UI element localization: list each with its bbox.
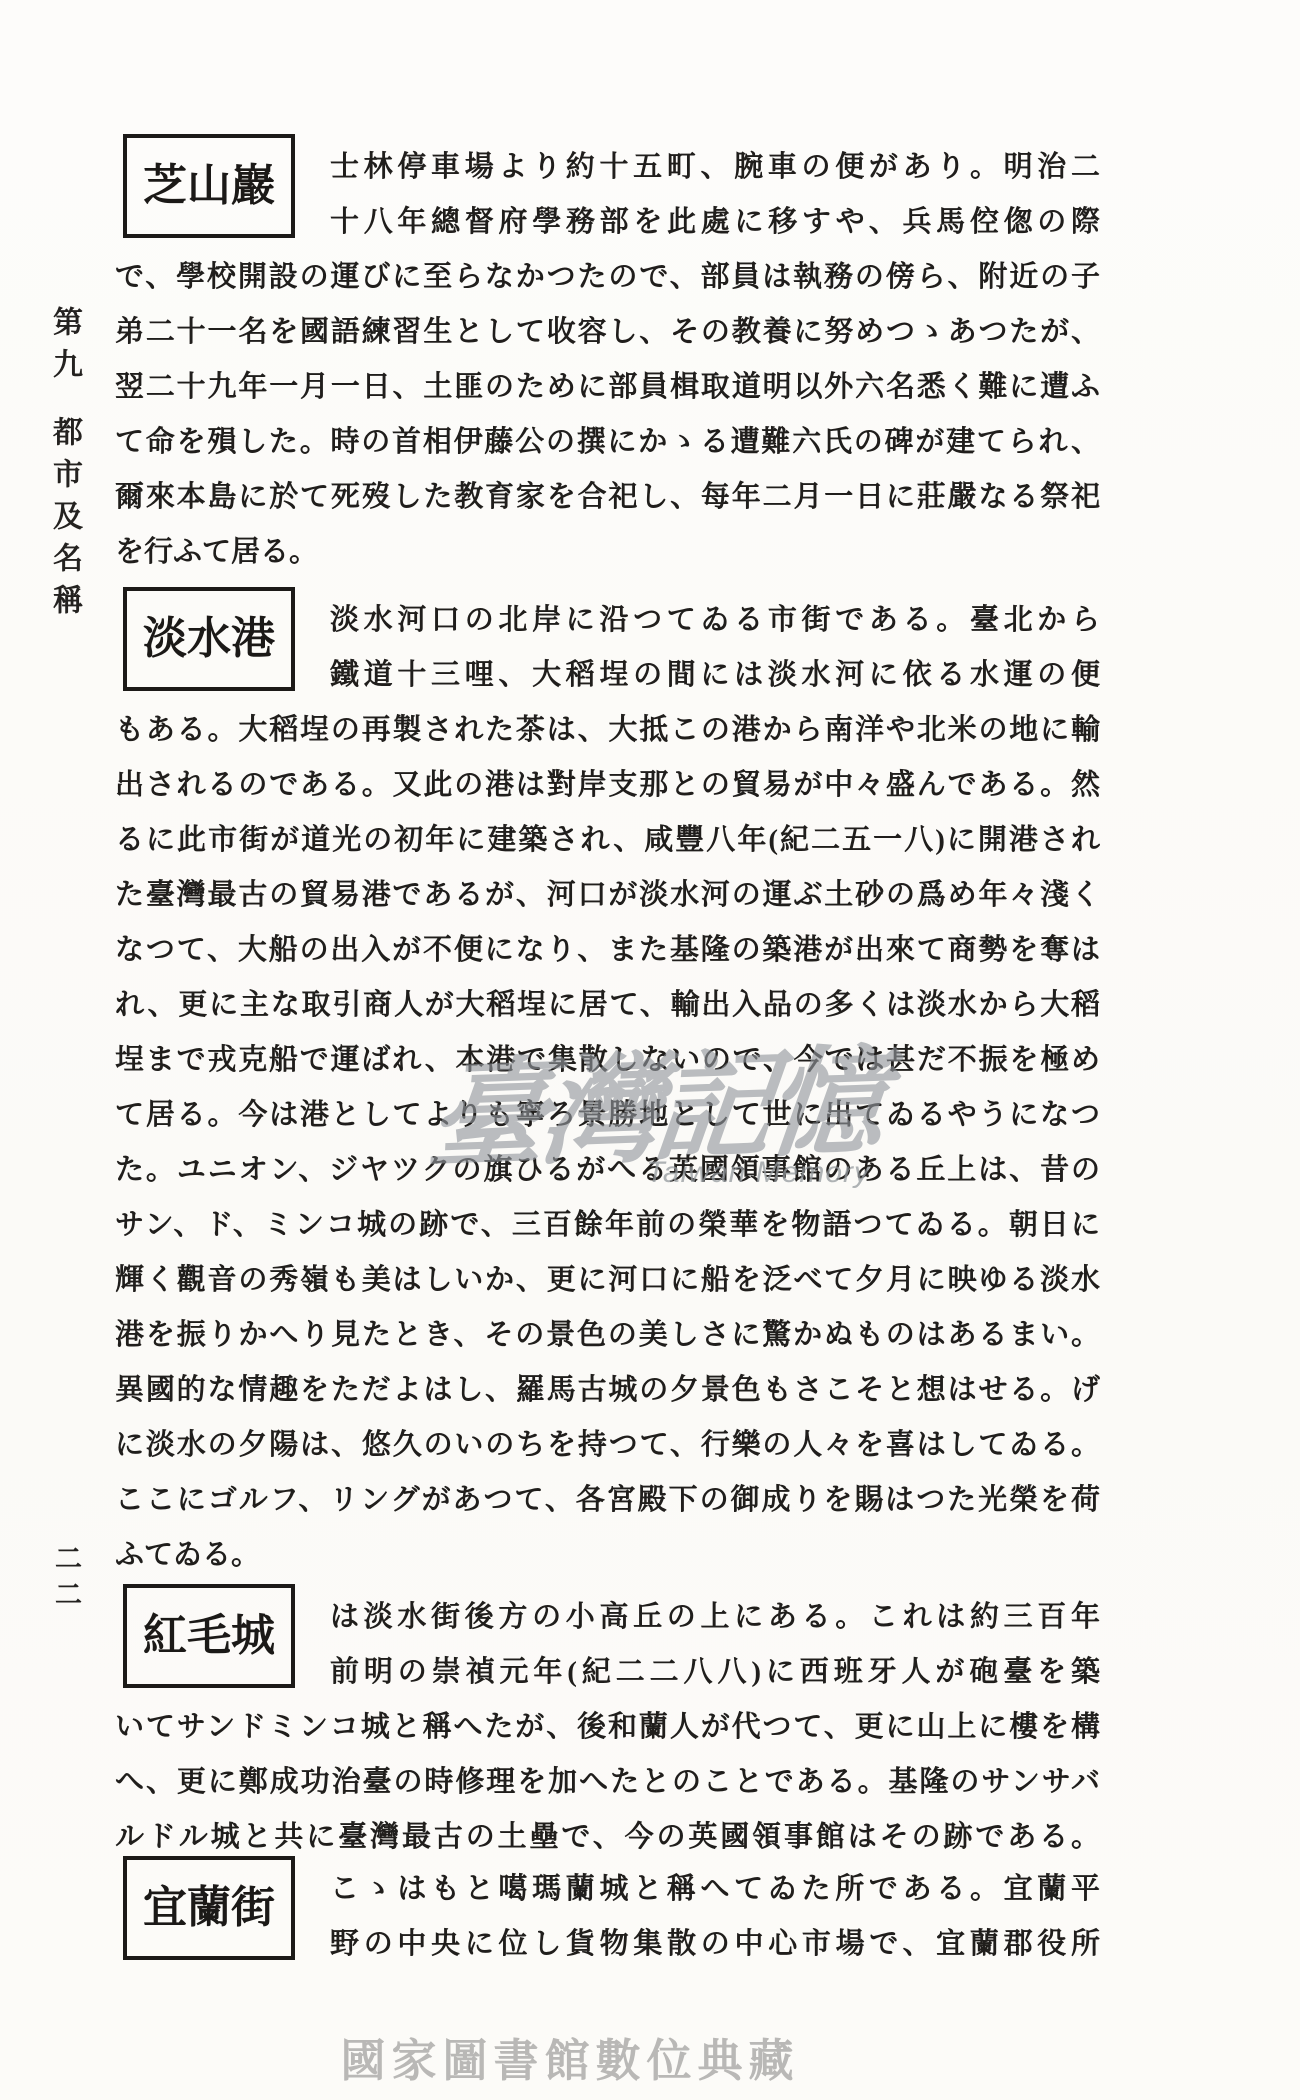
content-area: 芝山巖士林停車場より約十五町、腕車の便があり。明治二十八年總督府學務部を此處に移… <box>115 0 1100 2100</box>
section-tansuiko: 淡水港淡水河口の北岸に沿つてゐる市街である。臺北から鐵道十三哩、大稻埕の間には淡… <box>115 593 1100 1583</box>
body-line: 前明の崇禎元年(紀二二八八)に西班牙人が砲臺を築 <box>330 1645 1100 1700</box>
section-title-box: 淡水港 <box>123 587 295 691</box>
body-line: 埕まで戎克船で運ばれ、本港で集散しないので、今では甚だ不振を極め <box>115 1033 1100 1088</box>
page-number: 二二 <box>47 1544 86 1616</box>
body-line: るに此市街が道光の初年に建築され、咸豐八年(紀二五一八)に開港され <box>115 813 1100 868</box>
body-line: 十八年總督府學務部を此處に移すや、兵馬倥偬の際 <box>330 195 1100 250</box>
body-line: こゝはもと噶瑪蘭城と稱へてゐた所である。宜蘭平 <box>330 1862 1100 1917</box>
section-title: 宜蘭街 <box>127 1886 291 1930</box>
section-komojo: 紅毛城は淡水街後方の小高丘の上にある。これは約三百年前明の崇禎元年(紀二二八八)… <box>115 1590 1100 1865</box>
scanned-book-page: 第九都市及名稱 二二 芝山巖士林停車場より約十五町、腕車の便があり。明治二十八年… <box>0 0 1300 2100</box>
body-line: れ、更に主な取引商人が大稻埕に居て、輸出入品の多くは淡水から大稻 <box>115 978 1100 1033</box>
body-line: ここにゴルフ、リングがあつて、各宮殿下の御成りを賜はつた光榮を荷 <box>115 1473 1100 1528</box>
body-line: サン、ド、ミンコ城の跡で、三百餘年前の榮華を物語つてゐる。朝日に <box>115 1198 1100 1253</box>
footer-caption: 國家圖書館數位典藏 <box>335 2024 805 2089</box>
section-title-box: 紅毛城 <box>123 1584 295 1688</box>
body-line: 港を振りかへり見たとき、その景色の美しさに驚かぬものはあるまい。 <box>115 1308 1100 1363</box>
section-title: 芝山巖 <box>127 164 291 208</box>
body-line: て居る。今は港としてよりも寧ろ景勝地として世に出てゐるやうになつ <box>115 1088 1100 1143</box>
body-line: 出されるのである。又此の港は對岸支那との貿易が中々盛んである。然 <box>115 758 1100 813</box>
section-title: 淡水港 <box>127 617 291 661</box>
body-line: を行ふて居る。 <box>115 525 1100 580</box>
chapter-title: 都市及名稱 <box>48 416 81 626</box>
body-line: た臺灣最古の貿易港であるが、河口が淡水河の運ぶ土砂の爲め年々淺く <box>115 868 1100 923</box>
section-giranmachi: 宜蘭街こゝはもと噶瑪蘭城と稱へてゐた所である。宜蘭平野の中央に位し貨物集散の中心… <box>115 1862 1100 1972</box>
section-title-box: 宜蘭街 <box>123 1856 295 1960</box>
body-line: 淡水河口の北岸に沿つてゐる市街である。臺北から <box>330 593 1100 648</box>
body-line: いてサンドミンコ城と稱へたが、後和蘭人が代つて、更に山上に樓を構 <box>115 1700 1100 1755</box>
body-line: 野の中央に位し貨物集散の中心市場で、宜蘭郡役所 <box>330 1917 1100 1972</box>
body-line: 弟二十一名を國語練習生として收容し、その教養に努めつゝあつたが、 <box>115 305 1100 360</box>
body-line: て命を殞した。時の首相伊藤公の撰にかゝる遭難六氏の碑が建てられ、 <box>115 415 1100 470</box>
body-line: 士林停車場より約十五町、腕車の便があり。明治二 <box>330 140 1100 195</box>
section-title: 紅毛城 <box>127 1614 291 1658</box>
body-line: ふてゐる。 <box>115 1528 1100 1583</box>
body-line: 翌二十九年一月一日、土匪のために部員楫取道明以外六名悉く難に遭ふ <box>115 360 1100 415</box>
body-line: 爾來本島に於て死歿した教育家を合祀し、每年二月一日に莊嚴なる祭祀 <box>115 470 1100 525</box>
body-line: へ、更に鄭成功治臺の時修理を加へたとのことである。基隆のサンサバ <box>115 1755 1100 1810</box>
body-line: に淡水の夕陽は、悠久のいのちを持つて、行樂の人々を喜はしてゐる。 <box>115 1418 1100 1473</box>
body-line: は淡水街後方の小高丘の上にある。これは約三百年 <box>330 1590 1100 1645</box>
body-line: もある。大稻埕の再製された茶は、大抵この港から南洋や北米の地に輸 <box>115 703 1100 758</box>
chapter-number: 第九 <box>48 306 81 390</box>
body-line: で、學校開設の運びに至らなかつたので、部員は執務の傍ら、附近の子 <box>115 250 1100 305</box>
chapter-margin-caption: 第九都市及名稱 <box>42 306 86 626</box>
body-line: 輝く觀音の秀嶺も美はしいか、更に河口に船を泛べて夕月に映ゆる淡水 <box>115 1253 1100 1308</box>
body-line: なつて、大船の出入が不便になり、また基隆の築港が出來て商勢を奪は <box>115 923 1100 978</box>
section-title-box: 芝山巖 <box>123 134 295 238</box>
section-shizangan: 芝山巖士林停車場より約十五町、腕車の便があり。明治二十八年總督府學務部を此處に移… <box>115 140 1100 580</box>
body-line: た。ユニオン、ジヤツクの旗ひるがへる英國領事館のある丘上は、昔の <box>115 1143 1100 1198</box>
body-line: 異國的な情趣をただよはし、羅馬古城の夕景色もさこそと想はせる。げ <box>115 1363 1100 1418</box>
body-line: 鐵道十三哩、大稻埕の間には淡水河に依る水運の便 <box>330 648 1100 703</box>
